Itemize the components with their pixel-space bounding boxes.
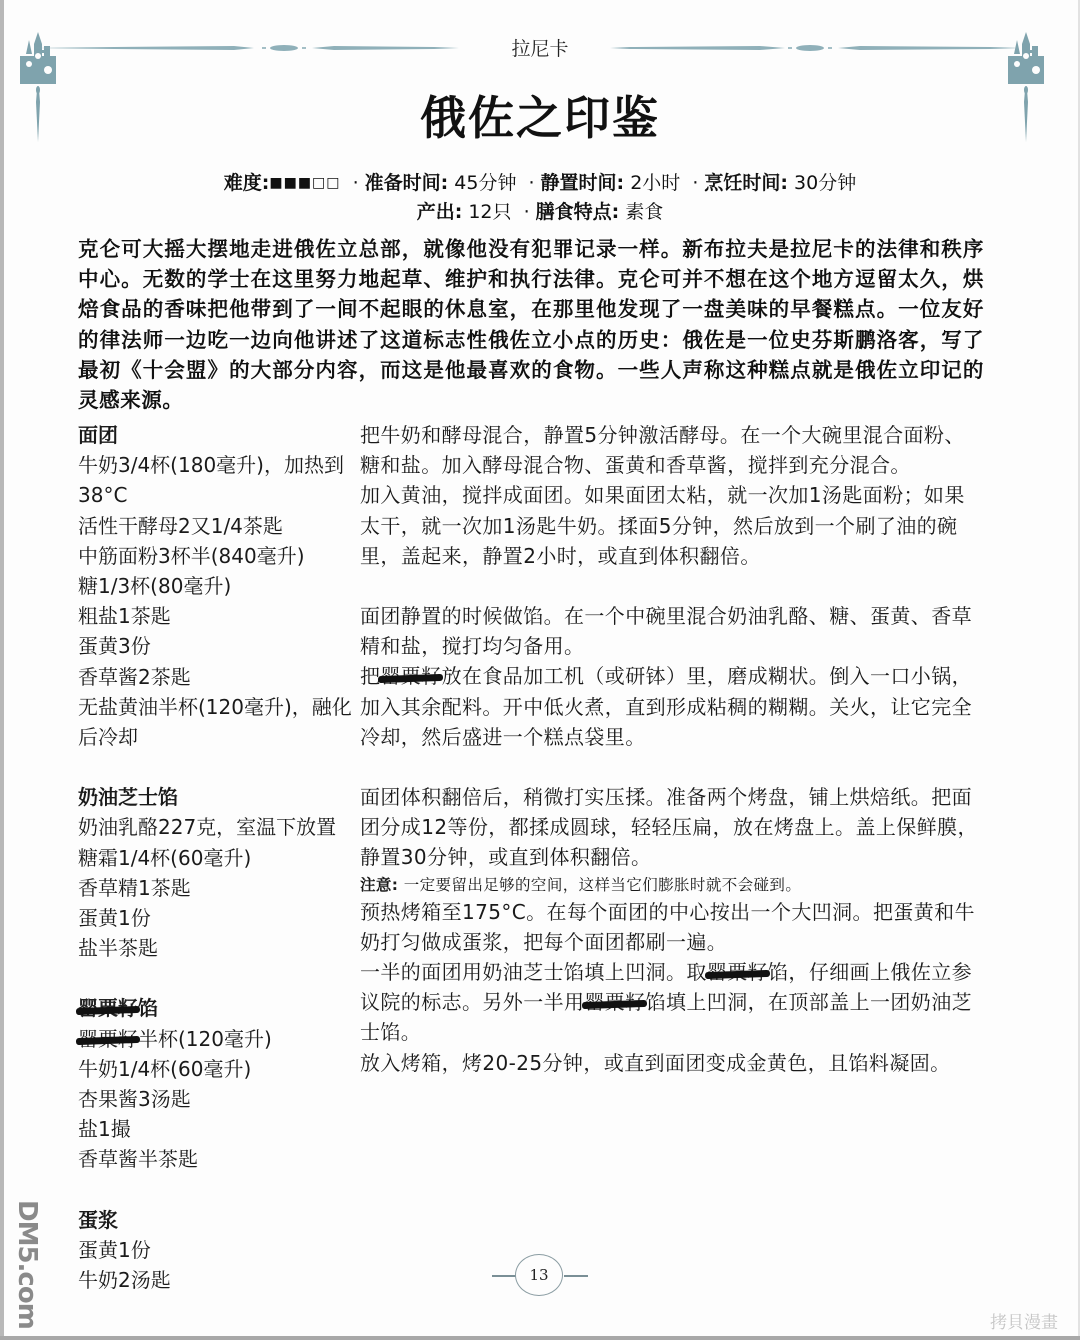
watermark-left: DM5.com bbox=[6, 1200, 42, 1330]
page-number: 13 bbox=[492, 1254, 588, 1298]
ingredient-group-egg-wash: 蛋浆 蛋黄1份 牛奶2汤匙 bbox=[78, 1205, 353, 1296]
redacted-text: 罂粟籽 bbox=[380, 661, 441, 691]
watermark-right: 拷貝漫畫 bbox=[990, 1308, 1058, 1333]
ingredient-item: 蛋黄1份 bbox=[78, 903, 353, 933]
ingredient-item: 香草酱2茶匙 bbox=[78, 662, 353, 692]
rest-time-value: 2小时 bbox=[630, 172, 680, 194]
redacted-text: 罂粟籽 bbox=[78, 1024, 138, 1054]
step: 一半的面团用奶油芝士馅填上凹洞。取罂粟籽馅，仔细画上俄佐立参议院的标志。另外一半… bbox=[360, 957, 980, 1048]
step: 放入烤箱，烤20-25分钟，或直到面团变成金黄色，且馅料凝固。 bbox=[360, 1048, 980, 1078]
ingredient-item: 蛋黄3份 bbox=[78, 631, 353, 661]
page-number-rule bbox=[564, 1275, 588, 1277]
ingredient-group-heading: 面团 bbox=[78, 420, 353, 450]
ingredient-item: 杏果酱3汤匙 bbox=[78, 1084, 353, 1114]
instructions: 把牛奶和酵母混合，静置5分钟激活酵母。在一个大碗里混合面粉、糖和盐。加入酵母混合… bbox=[360, 420, 980, 1078]
ingredient-item: 牛奶3/4杯(180毫升)，加热到38°C bbox=[78, 450, 353, 510]
step: 把罂粟籽放在食品加工机（或研钵）里，磨成糊状。倒入一口小锅，加入其余配料。开中低… bbox=[360, 661, 980, 752]
ingredient-item: 盐1撮 bbox=[78, 1114, 353, 1144]
yield-label: 产出: bbox=[417, 201, 463, 223]
recipe-meta: 产出: 12只 ·膳食特点: 素食 bbox=[0, 197, 1080, 224]
ingredient-group-heading: 罂粟籽馅 bbox=[78, 993, 353, 1023]
step-text: 一半的面团用奶油芝士馅填上凹洞。取 bbox=[360, 960, 707, 984]
page-edge bbox=[0, 1336, 1080, 1340]
cook-time-label: 烹饪时间: bbox=[704, 172, 788, 194]
ingredient-group-heading: 奶油芝士馅 bbox=[78, 782, 353, 812]
ingredient-item: 盐半茶匙 bbox=[78, 933, 353, 963]
separator: · bbox=[692, 172, 698, 194]
redacted-text: 罂粟籽 bbox=[707, 957, 768, 987]
ingredient-item: 活性干酵母2又1/4茶匙 bbox=[78, 511, 353, 541]
rest-time-label: 静置时间: bbox=[541, 172, 625, 194]
ingredient-group-heading: 蛋浆 bbox=[78, 1205, 353, 1235]
heading-suffix: 馅 bbox=[138, 996, 158, 1020]
recipe-meta: 难度:■■■□□ ·准备时间: 45分钟 ·静置时间: 2小时 ·烹饪时间: 3… bbox=[0, 168, 1080, 195]
yield-value: 12只 bbox=[468, 201, 511, 223]
cook-time-value: 30分钟 bbox=[794, 172, 856, 194]
diet-label: 膳食特点: bbox=[536, 201, 620, 223]
ingredient-item: 中筋面粉3杯半(840毫升) bbox=[78, 541, 353, 571]
diet-value: 素食 bbox=[625, 201, 663, 223]
step-text: 放在食品加工机（或研钵）里，磨成糊状。倒入一口小锅，加入其余配料。开中低火煮，直… bbox=[360, 664, 972, 748]
ingredient-group-cheese-filling: 奶油芝士馅 奶油乳酪227克，室温下放置 糖霜1/4杯(60毫升) 香草精1茶匙… bbox=[78, 782, 353, 963]
page-number-badge: 13 bbox=[515, 1254, 563, 1296]
ingredient-item: 牛奶1/4杯(60毫升) bbox=[78, 1054, 353, 1084]
separator: · bbox=[353, 172, 359, 194]
ingredient-item: 牛奶2汤匙 bbox=[78, 1265, 353, 1295]
ingredient-text: 半杯(120毫升) bbox=[138, 1027, 272, 1051]
step: 面团体积翻倍后，稍微打实压揉。准备两个烤盘，铺上烘焙纸。把面团分成12等份，都揉… bbox=[360, 782, 980, 873]
prep-time-label: 准备时间: bbox=[365, 172, 449, 194]
ingredient-item: 奶油乳酪227克，室温下放置 bbox=[78, 812, 353, 842]
separator: · bbox=[529, 172, 535, 194]
difficulty-rating: ■■■□□ bbox=[269, 175, 340, 191]
step: 加入黄油，搅拌成面团。如果面团太粘，就一次加1汤匙面粉；如果太干，就一次加1汤匙… bbox=[360, 480, 980, 571]
ingredient-item: 香草酱半茶匙 bbox=[78, 1144, 353, 1174]
redacted-text: 罂粟籽 bbox=[584, 987, 645, 1017]
ingredient-item: 糖1/3杯(80毫升) bbox=[78, 571, 353, 601]
ingredient-group-redacted-filling: 罂粟籽馅 罂粟籽半杯(120毫升) 牛奶1/4杯(60毫升) 杏果酱3汤匙 盐1… bbox=[78, 993, 353, 1174]
note-label: 注意: bbox=[360, 876, 398, 894]
step-text: 把 bbox=[360, 664, 380, 688]
chapter-title: 拉尼卡 bbox=[480, 34, 600, 61]
ingredient-group-dough: 面团 牛奶3/4杯(180毫升)，加热到38°C 活性干酵母2又1/4茶匙 中筋… bbox=[78, 420, 353, 752]
decorative-rule bbox=[34, 44, 459, 52]
intro-paragraph: 克仑可大摇大摆地走进俄佐立总部，就像他没有犯罪记录一样。新布拉夫是拉尼卡的法律和… bbox=[78, 234, 984, 415]
step: 面团静置的时候做馅。在一个中碗里混合奶油乳酪、糖、蛋黄、香草精和盐，搅打均匀备用… bbox=[360, 601, 980, 661]
redacted-text: 罂粟籽 bbox=[78, 993, 138, 1023]
decorative-rule bbox=[610, 44, 1020, 52]
step-note: 注意: 一定要留出足够的空间，这样当它们膨胀时就不会碰到。 bbox=[360, 873, 980, 897]
note-text: 一定要留出足够的空间，这样当它们膨胀时就不会碰到。 bbox=[398, 876, 801, 894]
ingredients-list: 面团 牛奶3/4杯(180毫升)，加热到38°C 活性干酵母2又1/4茶匙 中筋… bbox=[78, 420, 353, 1325]
ingredient-item: 罂粟籽半杯(120毫升) bbox=[78, 1024, 353, 1054]
step: 预热烤箱至175°C。在每个面团的中心按出一个大凹洞。把蛋黄和牛奶打匀做成蛋浆，… bbox=[360, 897, 980, 957]
difficulty-label: 难度: bbox=[224, 172, 270, 194]
ingredient-item: 无盐黄油半杯(120毫升)，融化后冷却 bbox=[78, 692, 353, 752]
separator: · bbox=[524, 201, 530, 223]
step: 把牛奶和酵母混合，静置5分钟激活酵母。在一个大碗里混合面粉、糖和盐。加入酵母混合… bbox=[360, 420, 980, 480]
ingredient-item: 香草精1茶匙 bbox=[78, 873, 353, 903]
page-number-rule bbox=[492, 1275, 516, 1277]
recipe-title: 俄佐之印鉴 bbox=[0, 82, 1080, 148]
prep-time-value: 45分钟 bbox=[454, 172, 516, 194]
ingredient-item: 粗盐1茶匙 bbox=[78, 601, 353, 631]
ingredient-item: 糖霜1/4杯(60毫升) bbox=[78, 843, 353, 873]
ingredient-item: 蛋黄1份 bbox=[78, 1235, 353, 1265]
